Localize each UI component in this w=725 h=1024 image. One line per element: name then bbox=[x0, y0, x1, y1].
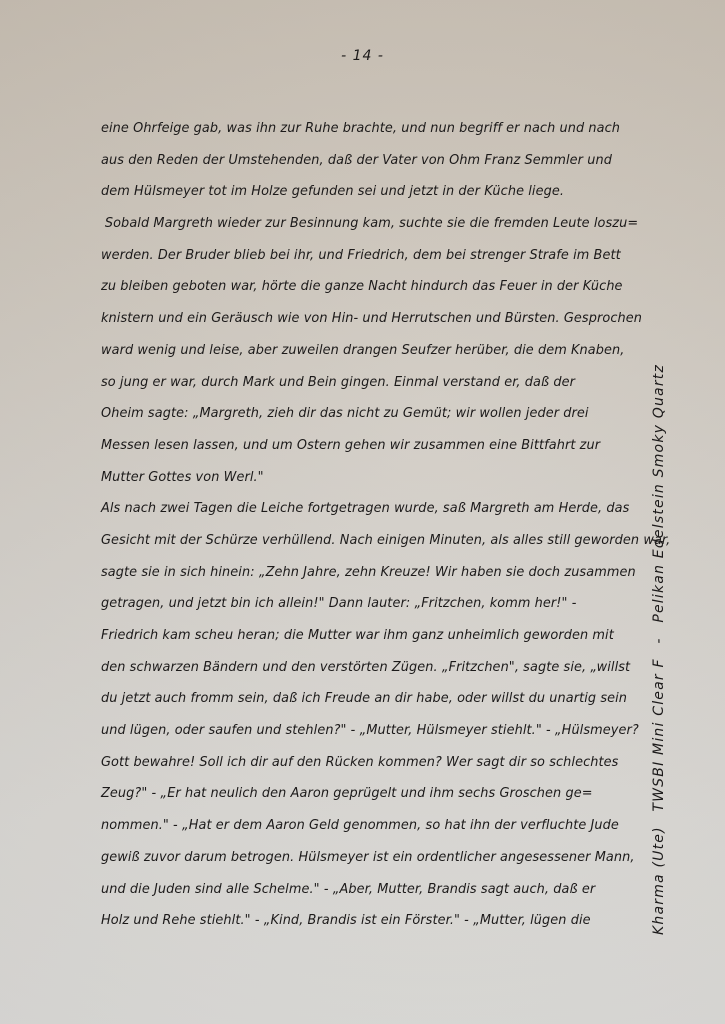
text-line: Gesicht mit der Schürze verhüllend. Nach… bbox=[101, 528, 619, 560]
text-line: du jetzt auch fromm sein, daß ich Freude… bbox=[101, 686, 619, 718]
text-line: so jung er war, durch Mark und Bein ging… bbox=[101, 370, 619, 402]
text-line: den schwarzen Bändern und den verstörten… bbox=[101, 655, 619, 687]
text-line: Oheim sagte: „Margreth, zieh dir das nic… bbox=[101, 401, 619, 433]
text-line: Zeug?" - „Er hat neulich den Aaron geprü… bbox=[101, 781, 619, 813]
text-line: aus den Reden der Umstehenden, daß der V… bbox=[101, 148, 619, 180]
pen-name: TWSBI Mini Clear F bbox=[651, 658, 667, 811]
text-line: nommen." - „Hat er dem Aaron Geld genomm… bbox=[101, 813, 619, 845]
text-line: knistern und ein Geräusch wie von Hin- u… bbox=[101, 306, 619, 338]
paper-name: Pelikan Edelstein Smoky Quartz bbox=[651, 364, 667, 623]
text-line: dem Hülsmeyer tot im Holze gefunden sei … bbox=[101, 179, 619, 211]
page-number: - 14 - bbox=[0, 48, 725, 64]
text-line: ward wenig und leise, aber zuweilen dran… bbox=[101, 338, 619, 370]
text-line: eine Ohrfeige gab, was ihn zur Ruhe brac… bbox=[101, 116, 619, 148]
text-line: zu bleiben geboten war, hörte die ganze … bbox=[101, 274, 619, 306]
text-line: werden. Der Bruder blieb bei ihr, und Fr… bbox=[101, 243, 619, 275]
text-line: und lügen, oder saufen und stehlen?" - „… bbox=[101, 718, 619, 750]
text-line: Als nach zwei Tagen die Leiche fortgetra… bbox=[101, 496, 619, 528]
text-line: Messen lesen lassen, und um Ostern gehen… bbox=[101, 433, 619, 465]
text-line: Holz und Rehe stiehlt." - „Kind, Brandis… bbox=[101, 908, 619, 940]
text-line: sagte sie in sich hinein: „Zehn Jahre, z… bbox=[101, 560, 619, 592]
ink-name: Kharma (Ute) bbox=[651, 826, 667, 935]
text-line: und die Juden sind alle Schelme." - „Abe… bbox=[101, 877, 619, 909]
text-line: Friedrich kam scheu heran; die Mutter wa… bbox=[101, 623, 619, 655]
text-line: Sobald Margreth wieder zur Besinnung kam… bbox=[101, 211, 619, 243]
text-line: Mutter Gottes von Werl." bbox=[101, 465, 619, 497]
margin-note-vertical: Kharma (Ute) TWSBI Mini Clear F - Pelika… bbox=[651, 455, 667, 935]
text-line: gewiß zuvor darum betrogen. Hülsmeyer is… bbox=[101, 845, 619, 877]
text-line: getragen, und jetzt bin ich allein!" Dan… bbox=[101, 591, 619, 623]
separator: - bbox=[651, 637, 667, 643]
handwritten-body-text: eine Ohrfeige gab, was ihn zur Ruhe brac… bbox=[101, 116, 641, 940]
text-line: Gott bewahre! Soll ich dir auf den Rücke… bbox=[101, 750, 619, 782]
